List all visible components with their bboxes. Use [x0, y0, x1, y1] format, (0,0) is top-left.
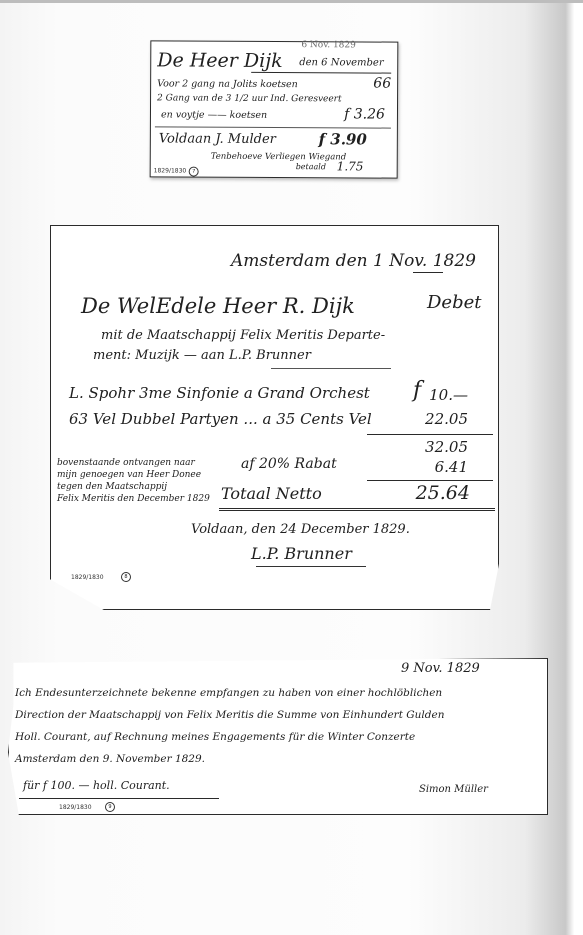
receipt-body-line-3: Holl. Courant, auf Rechnung meines Engag… — [15, 731, 415, 743]
receipt-body-line-1: Ich Endesunterzeichnete bekenne empfange… — [15, 687, 442, 699]
receipt-heading: De Heer Dijk — [157, 49, 283, 72]
receipt-line-1-amount: 66 — [373, 76, 391, 92]
invoice-item-2: 63 Vel Dubbel Partyen ... a 35 Cents Vel — [69, 410, 372, 428]
receipt-dijk-november: 6 Nov. 1829 De Heer Dijk den 6 November … — [150, 40, 399, 178]
archive-stamp: 9 — [105, 802, 115, 812]
invoice-paid-line: Voldaan, den 24 December 1829. — [191, 522, 410, 537]
invoice-place-date: Amsterdam den 1 Nov. 1829 — [231, 251, 476, 271]
receipt-body-line-2: Direction der Maatschappij von Felix Mer… — [15, 709, 444, 721]
invoice-brunner: Amsterdam den 1 Nov. 1829 De WelEdele He… — [50, 225, 499, 610]
receipt-muller: 9 Nov. 1829 Ich Endesunterzeichnete beke… — [8, 658, 548, 815]
archive-number: 1829/1830 — [71, 574, 104, 581]
archive-stamp: 8 — [121, 572, 131, 582]
receipt-footer-line-2: betaald — [296, 162, 326, 171]
invoice-side-note-1: bovenstaande ontvangen naar — [57, 458, 195, 468]
receipt-paid-amount: f 3.90 — [319, 130, 367, 148]
receipt-line-3-amount: f 3.26 — [344, 106, 385, 122]
receipt-footer-line: Tenbehoeve Verliegen Wiegand — [211, 152, 347, 163]
invoice-side-note-3: tegen den Maatschappij — [57, 482, 167, 492]
invoice-signature: L.P. Brunner — [251, 544, 352, 563]
underline — [251, 72, 391, 74]
receipt-line-1: Voor 2 gang na Jolits koetsen — [157, 78, 298, 90]
invoice-side-note-4: Felix Meritis den December 1829 — [57, 494, 210, 504]
invoice-item-1-amount: 10.— — [429, 386, 468, 404]
receipt-line-2: 2 Gang van de 3 1/2 uur Ind. Geresveert — [157, 93, 342, 104]
archive-number: 1829/1830 — [59, 804, 92, 811]
invoice-item-2-amount: 22.05 — [425, 410, 468, 428]
invoice-total-label: Totaal Netto — [221, 484, 322, 503]
receipt-signature: Simon Müller — [419, 784, 488, 795]
invoice-addressee: De WelEdele Heer R. Dijk — [81, 294, 355, 318]
invoice-item-1: L. Spohr 3me Sinfonie a Grand Orchest — [69, 384, 370, 402]
archive-stamp: 7 — [189, 167, 199, 177]
invoice-line-2: mit de Maatschappij Felix Meritis Depart… — [101, 328, 385, 343]
invoice-discount-amount: 6.41 — [435, 458, 468, 476]
receipt-body-line-4: Amsterdam den 9. November 1829. — [15, 753, 205, 765]
divider — [155, 126, 391, 128]
amount-underline — [19, 798, 219, 799]
receipt-line-3: en voytje —— koetsen — [161, 109, 267, 121]
underline — [271, 368, 391, 369]
receipt-footer-amount: 1.75 — [337, 159, 364, 173]
invoice-debet: Debet — [427, 292, 482, 313]
invoice-line-3: ment: Muzijk — aan L.P. Brunner — [93, 348, 311, 363]
invoice-total-amount: 25.64 — [416, 482, 470, 504]
pencil-date: 6 Nov. 1829 — [301, 40, 356, 50]
receipt-date-line: den 6 November — [299, 57, 383, 68]
florin-sign: f — [413, 378, 421, 403]
invoice-discount-label: af 20% Rabat — [241, 456, 337, 472]
pencil-date: 9 Nov. 1829 — [401, 661, 480, 676]
total-double-rule — [219, 508, 495, 511]
receipt-amount-line: für f 100. — holl. Courant. — [23, 779, 170, 792]
signature-flourish — [256, 566, 366, 567]
archive-number: 1829/1830 — [154, 167, 187, 174]
receipt-paid-line: Voldaan J. Mulder — [159, 131, 276, 147]
subtotal-rule — [367, 434, 493, 435]
underline — [413, 272, 443, 273]
archive-scan-page: 6 Nov. 1829 De Heer Dijk den 6 November … — [0, 0, 583, 935]
invoice-subtotal: 32.05 — [425, 438, 468, 456]
invoice-side-note-2: mijn genoegen van Heer Donee — [57, 470, 201, 480]
total-rule — [367, 480, 493, 481]
